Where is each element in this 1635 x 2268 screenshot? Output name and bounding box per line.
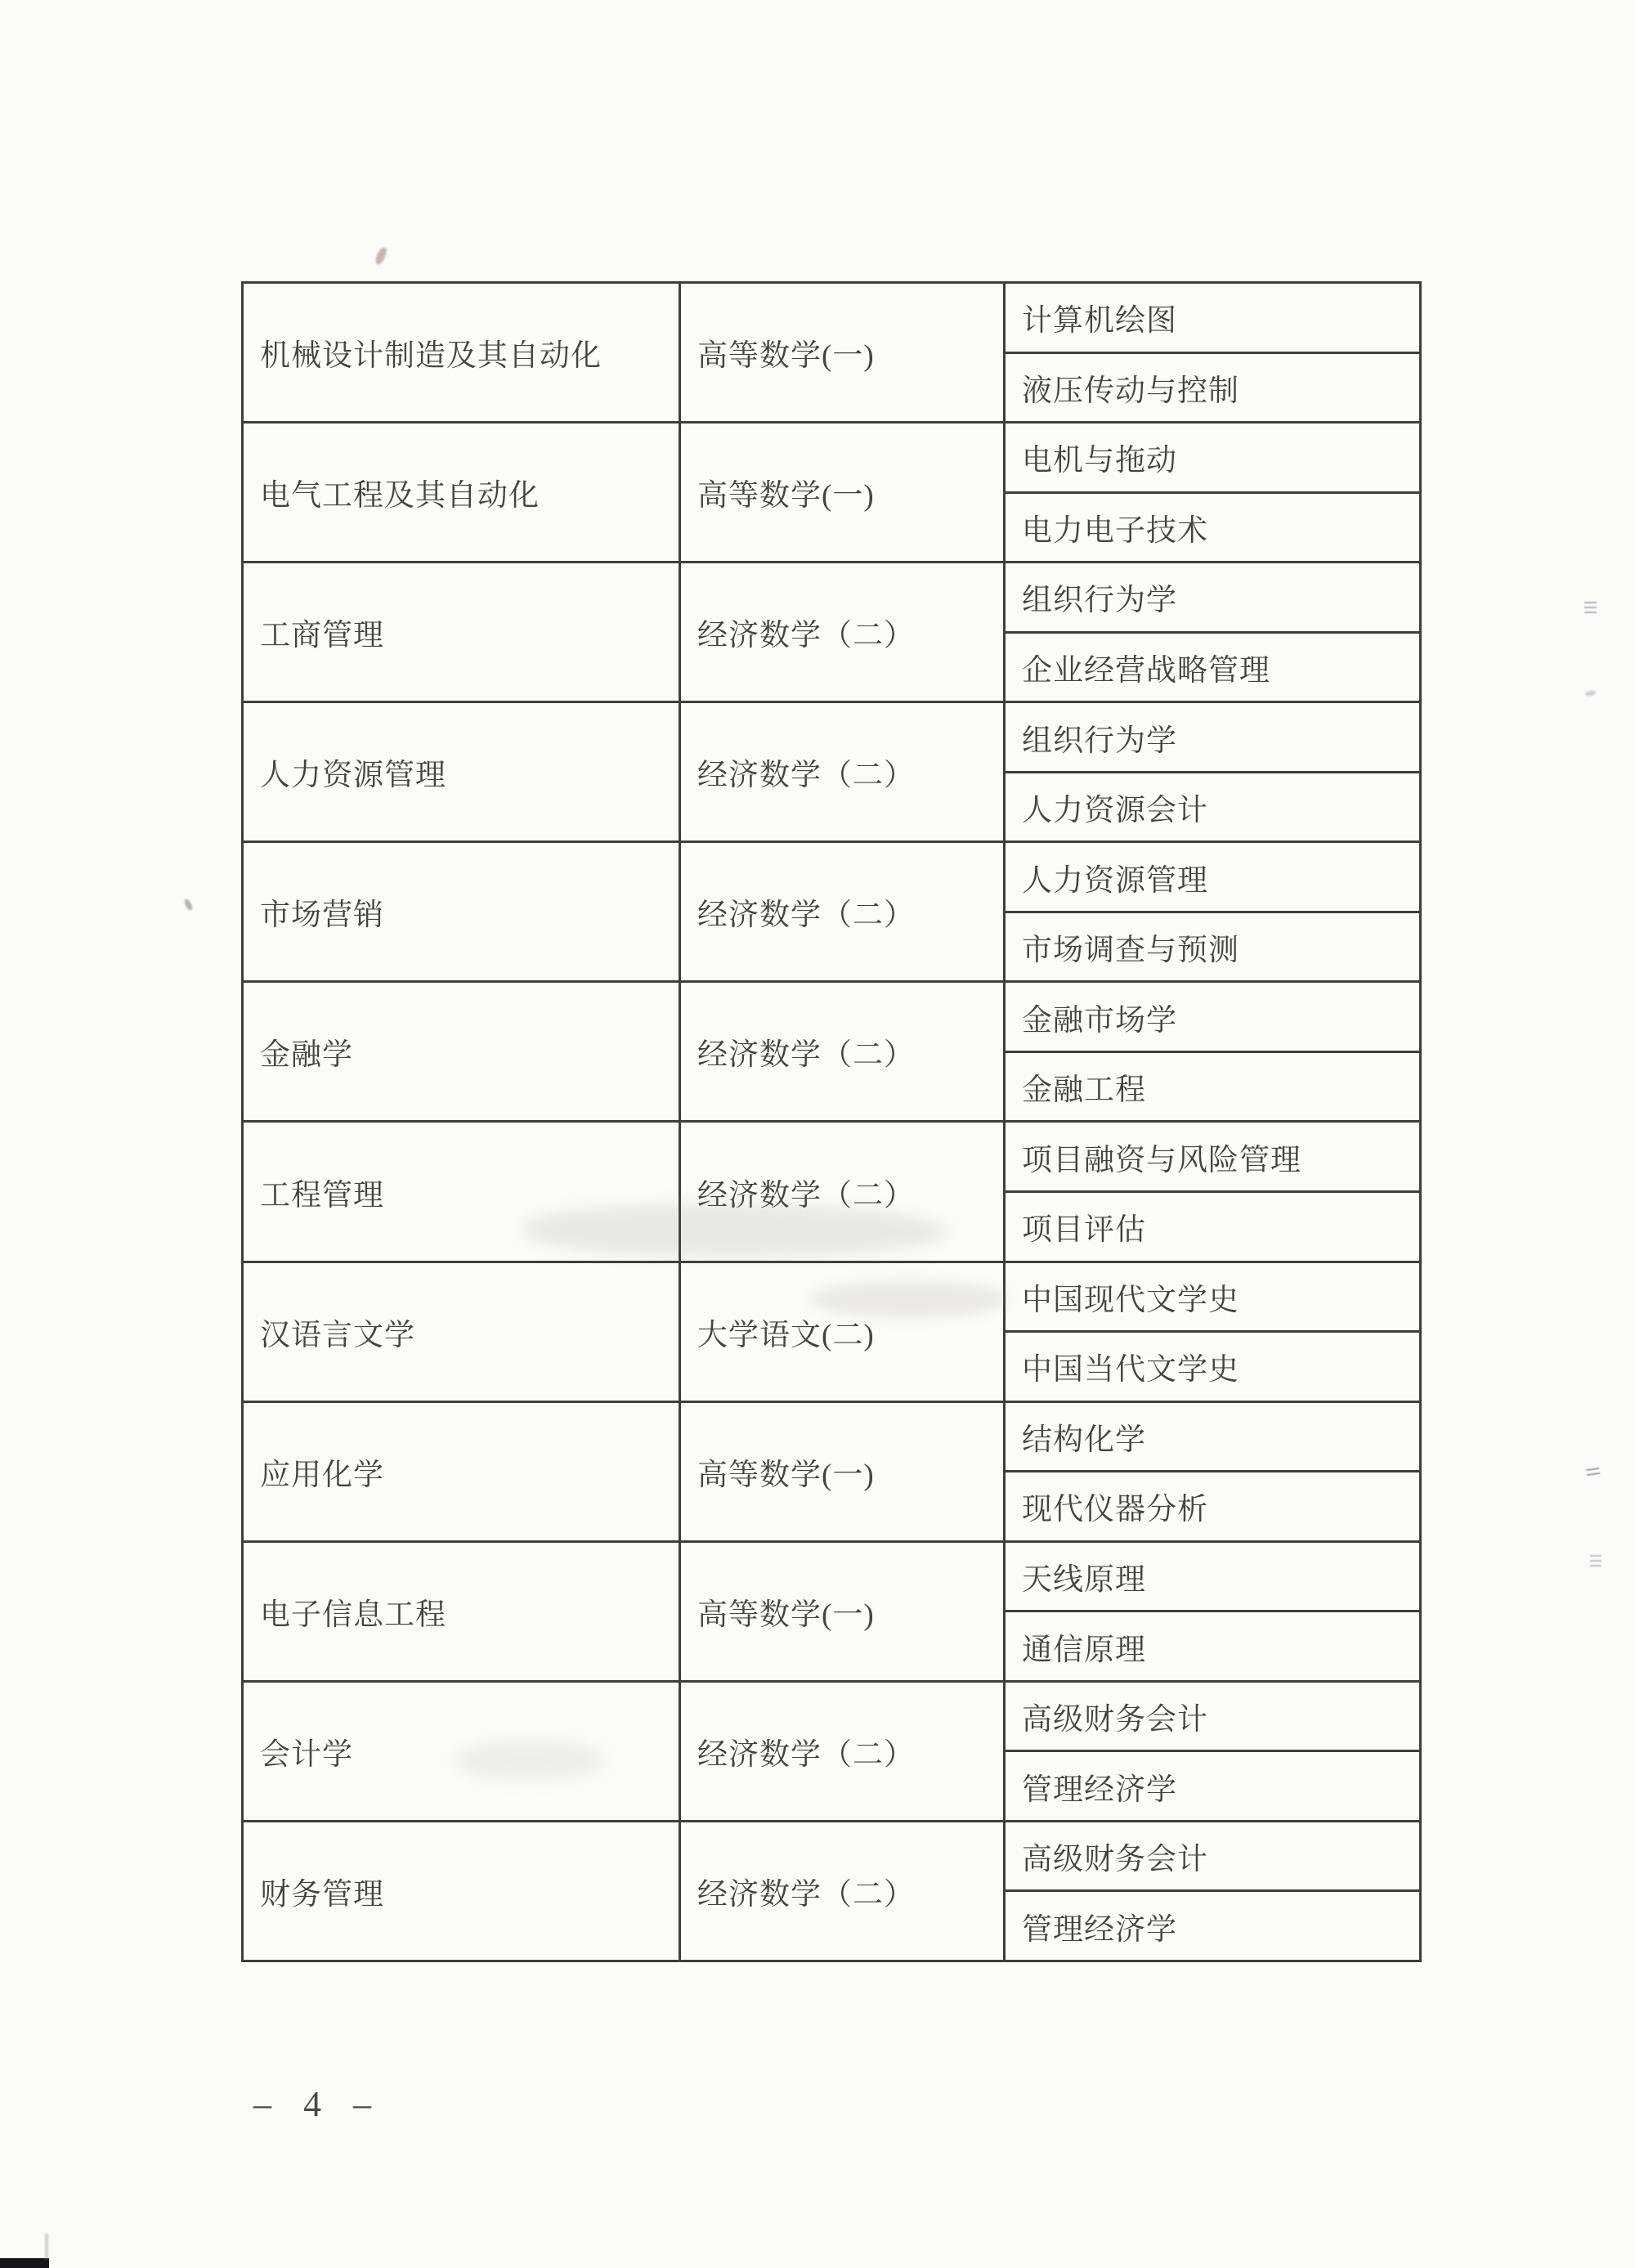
scan-margin-mark (1585, 690, 1597, 697)
course-cell-bottom: 管理经济学 (1006, 1750, 1419, 1820)
major-name-cell: 机械设计制造及其自动化 (244, 284, 681, 421)
course-cell-bottom: 人力资源会计 (1006, 771, 1419, 841)
major-name-cell: 工商管理 (244, 563, 681, 701)
course-cell-bottom: 市场调查与预测 (1006, 911, 1419, 981)
math-subject-cell: 大学语文(二) (681, 1263, 1006, 1401)
course-cell-top: 计算机绘图 (1006, 284, 1419, 352)
course-cell-group: 计算机绘图液压传动与控制 (1006, 284, 1419, 421)
course-cell-bottom: 中国当代文学史 (1006, 1330, 1419, 1401)
course-cell-group: 人力资源管理市场调查与预测 (1006, 843, 1419, 980)
table-row: 电气工程及其自动化高等数学(一)电机与拖动电力电子技术 (244, 421, 1419, 561)
table-row: 工商管理经济数学（二）组织行为学企业经营战略管理 (244, 561, 1419, 701)
table-row: 工程管理经济数学（二）项目融资与风险管理项目评估 (244, 1120, 1419, 1260)
math-subject-cell: 经济数学（二） (681, 703, 1006, 840)
table-row: 汉语言文学大学语文(二)中国现代文学史中国当代文学史 (244, 1261, 1419, 1401)
math-subject-cell: 高等数学(一) (681, 284, 1006, 421)
table-row: 财务管理经济数学（二）高级财务会计管理经济学 (244, 1820, 1419, 1960)
major-name-cell: 应用化学 (244, 1403, 681, 1540)
table-row: 会计学经济数学（二）高级财务会计管理经济学 (244, 1680, 1419, 1820)
scan-speckle (183, 898, 194, 912)
course-cell-group: 中国现代文学史中国当代文学史 (1006, 1263, 1419, 1401)
course-cell-top: 人力资源管理 (1006, 843, 1419, 911)
course-cell-bottom: 管理经济学 (1006, 1889, 1419, 1960)
scan-speckle (374, 246, 388, 266)
table-row: 电子信息工程高等数学(一)天线原理通信原理 (244, 1540, 1419, 1680)
course-cell-group: 项目融资与风险管理项目评估 (1006, 1123, 1419, 1260)
table-row: 应用化学高等数学(一)结构化学现代仪器分析 (244, 1401, 1419, 1540)
scan-margin-mark (1584, 602, 1597, 616)
course-cell-bottom: 通信原理 (1006, 1610, 1419, 1680)
major-name-cell: 市场营销 (244, 843, 681, 980)
course-cell-top: 组织行为学 (1006, 703, 1419, 771)
scan-edge-shadow (45, 2234, 48, 2260)
major-name-cell: 人力资源管理 (244, 703, 681, 840)
course-cell-top: 金融市场学 (1006, 983, 1419, 1051)
course-cell-group: 组织行为学人力资源会计 (1006, 703, 1419, 840)
major-name-cell: 电气工程及其自动化 (244, 424, 681, 561)
course-cell-group: 电机与拖动电力电子技术 (1006, 424, 1419, 561)
scanned-document-page: 机械设计制造及其自动化高等数学(一)计算机绘图液压传动与控制电气工程及其自动化高… (0, 0, 1635, 2268)
major-name-cell: 电子信息工程 (244, 1543, 681, 1680)
course-cell-top: 结构化学 (1006, 1403, 1419, 1471)
course-cell-bottom: 金融工程 (1006, 1051, 1419, 1121)
course-cell-group: 高级财务会计管理经济学 (1006, 1822, 1419, 1960)
course-cell-bottom: 液压传动与控制 (1006, 352, 1419, 422)
table-row: 人力资源管理经济数学（二）组织行为学人力资源会计 (244, 701, 1419, 840)
scan-edge-bar (0, 2258, 49, 2268)
math-subject-cell: 经济数学（二） (681, 1123, 1006, 1260)
majors-exam-subjects-table: 机械设计制造及其自动化高等数学(一)计算机绘图液压传动与控制电气工程及其自动化高… (241, 281, 1422, 1962)
table-row: 机械设计制造及其自动化高等数学(一)计算机绘图液压传动与控制 (244, 284, 1419, 421)
course-cell-group: 天线原理通信原理 (1006, 1543, 1419, 1680)
course-cell-bottom: 项目评估 (1006, 1190, 1419, 1261)
math-subject-cell: 经济数学（二） (681, 1822, 1006, 1960)
page-number: – 4 – (253, 2083, 383, 2125)
major-name-cell: 财务管理 (244, 1822, 681, 1960)
course-cell-bottom: 电力电子技术 (1006, 491, 1419, 562)
major-name-cell: 工程管理 (244, 1123, 681, 1260)
course-cell-group: 高级财务会计管理经济学 (1006, 1683, 1419, 1820)
math-subject-cell: 经济数学（二） (681, 1683, 1006, 1820)
math-subject-cell: 高等数学(一) (681, 1403, 1006, 1540)
course-cell-group: 金融市场学金融工程 (1006, 983, 1419, 1120)
course-cell-top: 中国现代文学史 (1006, 1263, 1419, 1331)
major-name-cell: 会计学 (244, 1683, 681, 1820)
course-cell-top: 天线原理 (1006, 1543, 1419, 1611)
major-name-cell: 金融学 (244, 983, 681, 1120)
course-cell-top: 项目融资与风险管理 (1006, 1123, 1419, 1190)
course-cell-bottom: 现代仪器分析 (1006, 1470, 1419, 1540)
major-name-cell: 汉语言文学 (244, 1263, 681, 1401)
scan-margin-mark (1590, 1555, 1601, 1567)
course-cell-group: 组织行为学企业经营战略管理 (1006, 563, 1419, 701)
course-cell-bottom: 企业经营战略管理 (1006, 631, 1419, 701)
math-subject-cell: 高等数学(一) (681, 1543, 1006, 1680)
scan-margin-mark (1586, 1468, 1601, 1479)
math-subject-cell: 高等数学(一) (681, 424, 1006, 561)
math-subject-cell: 经济数学（二） (681, 843, 1006, 980)
math-subject-cell: 经济数学（二） (681, 563, 1006, 701)
course-cell-top: 电机与拖动 (1006, 424, 1419, 491)
course-cell-top: 高级财务会计 (1006, 1683, 1419, 1750)
course-cell-top: 组织行为学 (1006, 563, 1419, 631)
course-cell-group: 结构化学现代仪器分析 (1006, 1403, 1419, 1540)
course-cell-top: 高级财务会计 (1006, 1822, 1419, 1890)
table-row: 金融学经济数学（二）金融市场学金融工程 (244, 980, 1419, 1120)
math-subject-cell: 经济数学（二） (681, 983, 1006, 1120)
table-row: 市场营销经济数学（二）人力资源管理市场调查与预测 (244, 840, 1419, 980)
